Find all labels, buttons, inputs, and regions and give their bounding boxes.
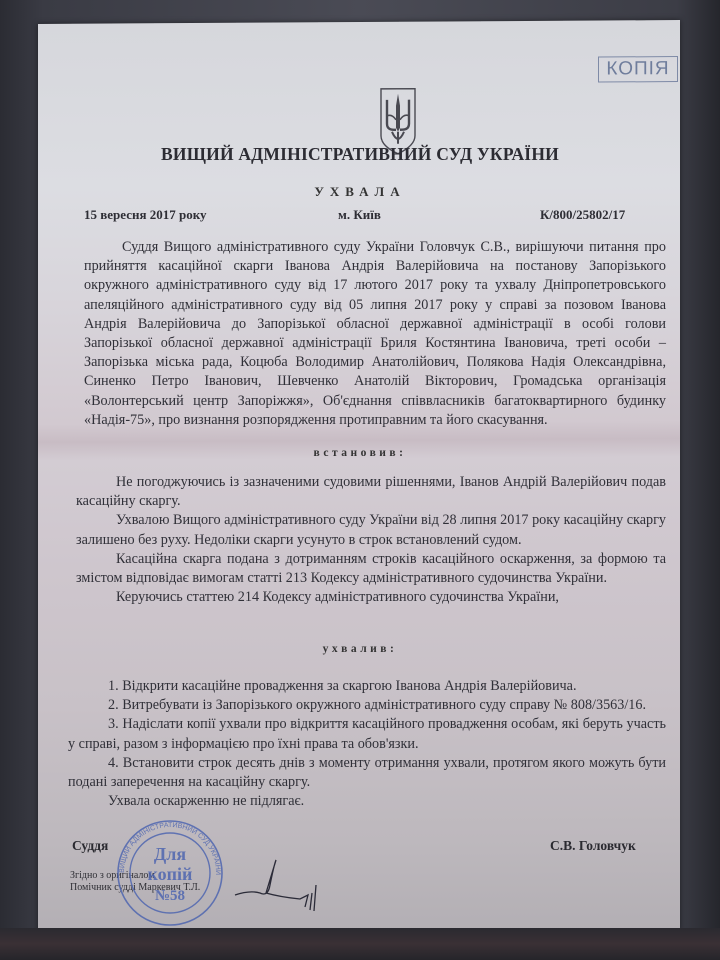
established-paragraph: Керуючись статтею 214 Кодексу адміністра… [76, 588, 666, 607]
established-heading: встановив: [0, 447, 720, 459]
judge-name: С.В. Головчук [550, 838, 636, 854]
intro-paragraph: Суддя Вищого адміністративного суду Укра… [84, 238, 666, 430]
established-section: Не погоджуючись із зазначеними судовими … [76, 473, 666, 607]
established-paragraph: Ухвалою Вищого адміністративного суду Ук… [76, 511, 666, 549]
stamp-line1: Для [154, 844, 186, 864]
case-number: К/800/25802/17 [540, 207, 625, 223]
stamp-line2: копій [148, 864, 193, 884]
court-name: ВИЩИЙ АДМІНІСТРАТИВНИЙ СУД УКРАЇНИ [0, 144, 720, 165]
round-stamp-icon: ВИЩИЙ АДМІНІСТРАТИВНИЙ СУД УКРАЇНИ Для к… [110, 818, 230, 928]
stamp-line3: №58 [155, 888, 185, 904]
document-date: 15 вересня 2017 року [84, 207, 207, 223]
resolved-item: 3. Надіслати копії ухвали про відкриття … [68, 715, 666, 753]
resolved-item: 4. Встановити строк десять днів з момент… [68, 754, 666, 792]
established-paragraph: Не погоджуючись із зазначеними судовими … [76, 473, 666, 511]
document-city: м. Київ [338, 207, 381, 223]
resolved-item: Ухвала оскарженню не підлягає. [68, 792, 666, 811]
signature-icon [230, 855, 340, 915]
resolved-section: 1. Відкрити касаційне провадження за ска… [68, 677, 666, 811]
copy-stamp: КОПІЯ [598, 56, 678, 82]
document-type: УХВАЛА [0, 184, 720, 200]
intro-text: Суддя Вищого адміністративного суду Укра… [84, 238, 666, 430]
resolved-item: 1. Відкрити касаційне провадження за ска… [68, 677, 666, 696]
judge-label: Суддя [72, 838, 108, 854]
established-paragraph: Касаційна скарга подана з дотриманням ст… [76, 550, 666, 588]
resolved-heading: ухвалив: [0, 643, 720, 655]
resolved-item: 2. Витребувати із Запорізького окружного… [68, 696, 666, 715]
background-surface [0, 928, 720, 960]
